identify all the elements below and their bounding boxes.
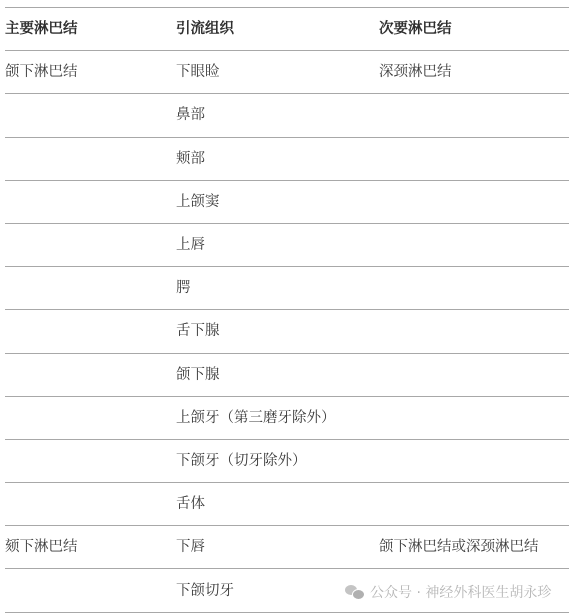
drainage-tissue-cell: 舌下腺 bbox=[176, 322, 379, 340]
table-row: 颏下淋巴结 下唇 颌下淋巴结或深颈淋巴结 bbox=[5, 526, 569, 569]
drainage-tissue-cell: 鼻部 bbox=[176, 106, 379, 124]
drainage-tissue-cell: 腭 bbox=[176, 279, 379, 297]
drainage-tissue-cell: 舌体 bbox=[176, 495, 379, 513]
header-drainage-tissue: 引流组织 bbox=[176, 20, 379, 38]
header-primary-lymph-node: 主要淋巴结 bbox=[5, 20, 176, 38]
secondary-node-cell: 深颈淋巴结 bbox=[379, 63, 569, 81]
drainage-tissue-cell: 上颌窦 bbox=[176, 193, 379, 211]
table-row: 舌体 bbox=[5, 483, 569, 526]
wechat-icon bbox=[345, 584, 365, 600]
table-row: 颌下淋巴结 下眼睑 深颈淋巴结 bbox=[5, 51, 569, 94]
header-secondary-lymph-node: 次要淋巴结 bbox=[379, 20, 569, 38]
primary-node-cell: 颌下淋巴结 bbox=[5, 63, 176, 81]
table-row: 颌下腺 bbox=[5, 354, 569, 397]
drainage-tissue-cell: 下唇 bbox=[176, 538, 379, 556]
drainage-tissue-cell: 上唇 bbox=[176, 236, 379, 254]
primary-node-cell: 颏下淋巴结 bbox=[5, 538, 176, 556]
table-row: 上颌牙（第三磨牙除外） bbox=[5, 397, 569, 440]
drainage-tissue-cell: 下眼睑 bbox=[176, 63, 379, 81]
lymph-drainage-table: 主要淋巴结 引流组织 次要淋巴结 颌下淋巴结 下眼睑 深颈淋巴结 鼻部 颊部 上… bbox=[5, 7, 569, 613]
drainage-tissue-cell: 下颌牙（切牙除外） bbox=[176, 452, 379, 470]
table-row: 舌下腺 bbox=[5, 310, 569, 353]
table-header-row: 主要淋巴结 引流组织 次要淋巴结 bbox=[5, 8, 569, 51]
table-row: 腭 bbox=[5, 267, 569, 310]
table-row: 鼻部 bbox=[5, 94, 569, 137]
drainage-tissue-cell: 上颌牙（第三磨牙除外） bbox=[176, 409, 379, 427]
table-row: 上唇 bbox=[5, 224, 569, 267]
watermark: 公众号 · 神经外科医生胡永珍 bbox=[345, 582, 551, 602]
table-row: 上颌窦 bbox=[5, 181, 569, 224]
table-row: 下颌牙（切牙除外） bbox=[5, 440, 569, 483]
watermark-text: 公众号 · 神经外科医生胡永珍 bbox=[370, 582, 551, 602]
drainage-tissue-cell: 颊部 bbox=[176, 150, 379, 168]
secondary-node-cell: 颌下淋巴结或深颈淋巴结 bbox=[379, 538, 569, 556]
drainage-tissue-cell: 颌下腺 bbox=[176, 366, 379, 384]
table-row: 颊部 bbox=[5, 138, 569, 181]
